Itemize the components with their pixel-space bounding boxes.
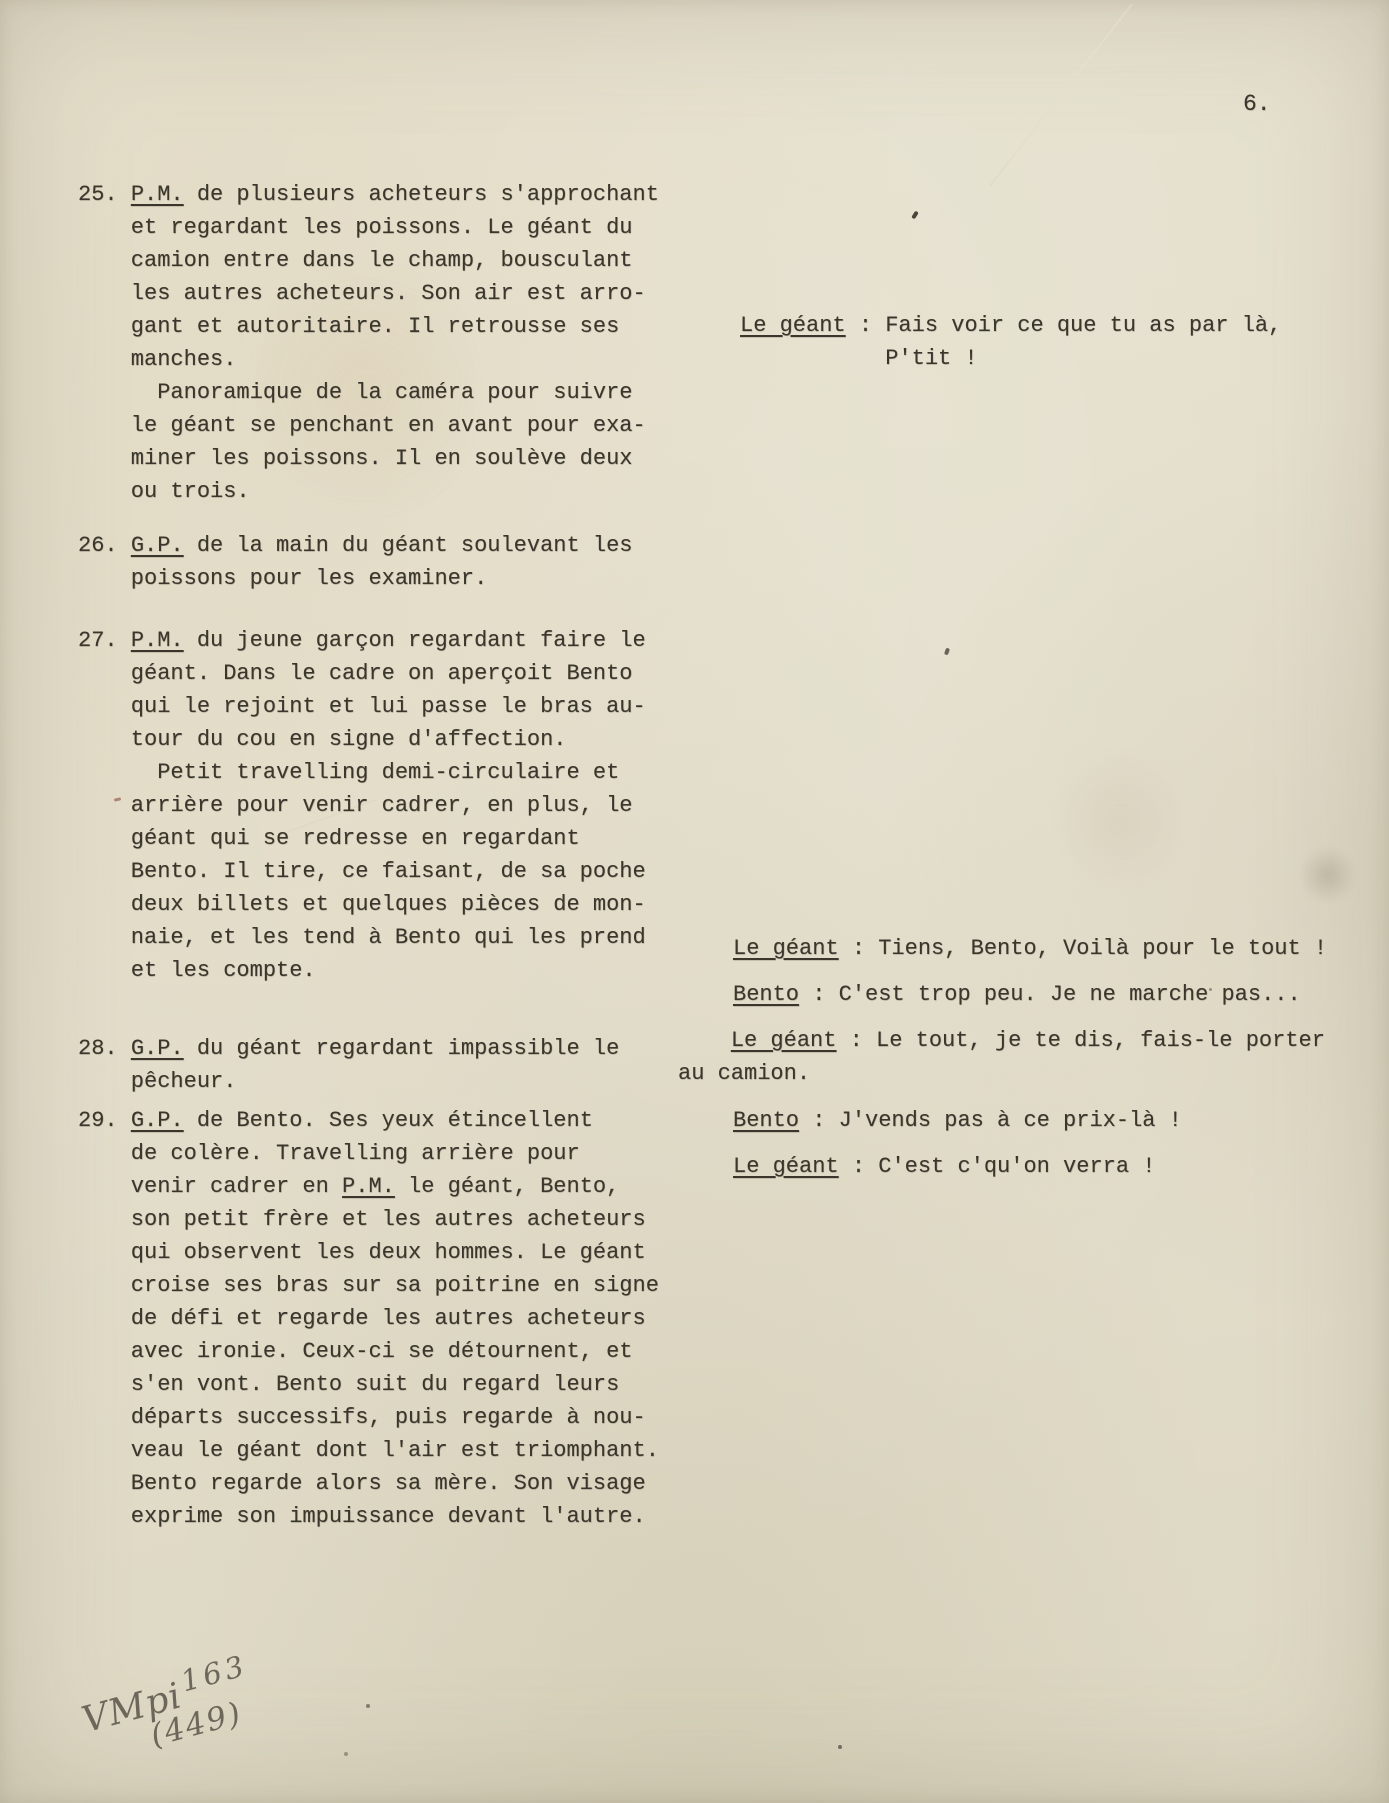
dialogue-le-g-ant: Le géant : Tiens, Bento, Voilà pour le t… [733, 932, 1327, 965]
script-line: croise ses bras sur sa poitrine en signe [78, 1269, 659, 1302]
dialogue-le-g-ant: Le géant : C'est c'qu'on verra ! [733, 1150, 1155, 1183]
script-line: pêcheur. [78, 1065, 619, 1098]
script-line: tour du cou en signe d'affection. [78, 723, 646, 756]
script-line: les autres acheteurs. Son air est arro- [78, 277, 659, 310]
underlined-text: Bento [733, 1108, 799, 1133]
script-line: 25. P.M. de plusieurs acheteurs s'approc… [78, 178, 659, 211]
script-line: 29. G.P. de Bento. Ses yeux étincellent [78, 1104, 659, 1137]
script-page: 6. 25. P.M. de plusieurs acheteurs s'app… [0, 0, 1389, 1803]
ink-speck [944, 648, 950, 656]
shot-25: 25. P.M. de plusieurs acheteurs s'approc… [78, 178, 659, 508]
dialogue-bento: Bento : C'est trop peu. Je ne marche pas… [733, 978, 1301, 1011]
script-line: Le géant : C'est c'qu'on verra ! [733, 1150, 1155, 1183]
script-line: Bento : J'vends pas à ce prix-là ! [733, 1104, 1182, 1137]
shot-27: 27. P.M. du jeune garçon regardant faire… [78, 624, 646, 987]
dialogue-le-g-ant: Le géant : Le tout, je te dis, fais-le p… [678, 1024, 1325, 1090]
script-line: qui observent les deux hommes. Le géant [78, 1236, 659, 1269]
page-number: 6. [1243, 88, 1271, 121]
script-line: gant et autoritaire. Il retrousse ses [78, 310, 659, 343]
script-line: Bento. Il tire, ce faisant, de sa poche [78, 855, 646, 888]
underlined-text: Le géant [733, 936, 839, 961]
underlined-text: Le géant [740, 313, 846, 338]
underlined-text: P.M. [342, 1174, 395, 1199]
ink-speck [1209, 988, 1212, 991]
script-line: naie, et les tend à Bento qui les prend [78, 921, 646, 954]
underlined-text: Le géant [731, 1028, 837, 1053]
underlined-text: Bento [733, 982, 799, 1007]
script-line: arrière pour venir cadrer, en plus, le [78, 789, 646, 822]
script-line: et les compte. [78, 954, 646, 987]
script-line: manches. [78, 343, 659, 376]
script-line: camion entre dans le champ, bousculant [78, 244, 659, 277]
underlined-text: G.P. [131, 533, 184, 558]
script-line: géant. Dans le cadre on aperçoit Bento [78, 657, 646, 690]
shot-26: 26. G.P. de la main du géant soulevant l… [78, 529, 633, 595]
script-line: Bento regarde alors sa mère. Son visage [78, 1467, 659, 1500]
underlined-text: Le géant [733, 1154, 839, 1179]
paper-stain [1300, 845, 1355, 905]
script-line: poissons pour les examiner. [78, 562, 633, 595]
paper-crease [989, 4, 1132, 186]
script-line: et regardant les poissons. Le géant du [78, 211, 659, 244]
script-line: Le géant : Le tout, je te dis, fais-le p… [678, 1024, 1325, 1057]
handwritten-annotation: VMpi163 (449) [78, 1657, 263, 1770]
script-line: au camion. [678, 1057, 1325, 1090]
script-line: Le géant : Tiens, Bento, Voilà pour le t… [733, 932, 1327, 965]
script-line: son petit frère et les autres acheteurs [78, 1203, 659, 1236]
script-line: 28. G.P. du géant regardant impassible l… [78, 1032, 619, 1065]
script-line: venir cadrer en P.M. le géant, Bento, [78, 1170, 659, 1203]
underlined-text: G.P. [131, 1036, 184, 1061]
pencil-dot [344, 1752, 348, 1756]
pencil-dot [366, 1704, 370, 1708]
script-line: deux billets et quelques pièces de mon- [78, 888, 646, 921]
shot-28: 28. G.P. du géant regardant impassible l… [78, 1032, 619, 1098]
underlined-text: P.M. [131, 628, 184, 653]
underlined-text: P.M. [131, 182, 184, 207]
script-line: de défi et regarde les autres acheteurs [78, 1302, 659, 1335]
script-line: de colère. Travelling arrière pour [78, 1137, 659, 1170]
script-line: géant qui se redresse en regardant [78, 822, 646, 855]
script-line: s'en vont. Bento suit du regard leurs [78, 1368, 659, 1401]
script-line: exprime son impuissance devant l'autre. [78, 1500, 659, 1533]
script-line: P'tit ! [740, 342, 1281, 375]
dialogue-le-g-ant: Le géant : Fais voir ce que tu as par là… [740, 309, 1281, 375]
script-line: avec ironie. Ceux-ci se détournent, et [78, 1335, 659, 1368]
script-line: Petit travelling demi-circulaire et [78, 756, 646, 789]
script-line: miner les poissons. Il en soulève deux [78, 442, 659, 475]
script-line: Le géant : Fais voir ce que tu as par là… [740, 309, 1281, 342]
script-line: Panoramique de la caméra pour suivre [78, 376, 659, 409]
script-line: Bento : C'est trop peu. Je ne marche pas… [733, 978, 1301, 1011]
shot-29: 29. G.P. de Bento. Ses yeux étincellent … [78, 1104, 659, 1533]
script-line: ou trois. [78, 475, 659, 508]
script-line: 26. G.P. de la main du géant soulevant l… [78, 529, 633, 562]
script-line: départs successifs, puis regarde à nou- [78, 1401, 659, 1434]
paper-stain [1060, 740, 1180, 900]
ink-speck [911, 211, 919, 220]
script-line: veau le géant dont l'air est triomphant. [78, 1434, 659, 1467]
handwritten-superscript: 163 [177, 1648, 251, 1698]
script-line: 27. P.M. du jeune garçon regardant faire… [78, 624, 646, 657]
ink-speck [838, 1745, 842, 1749]
script-line: qui le rejoint et lui passe le bras au- [78, 690, 646, 723]
script-line: le géant se penchant en avant pour exa- [78, 409, 659, 442]
dialogue-bento: Bento : J'vends pas à ce prix-là ! [733, 1104, 1182, 1137]
underlined-text: G.P. [131, 1108, 184, 1133]
